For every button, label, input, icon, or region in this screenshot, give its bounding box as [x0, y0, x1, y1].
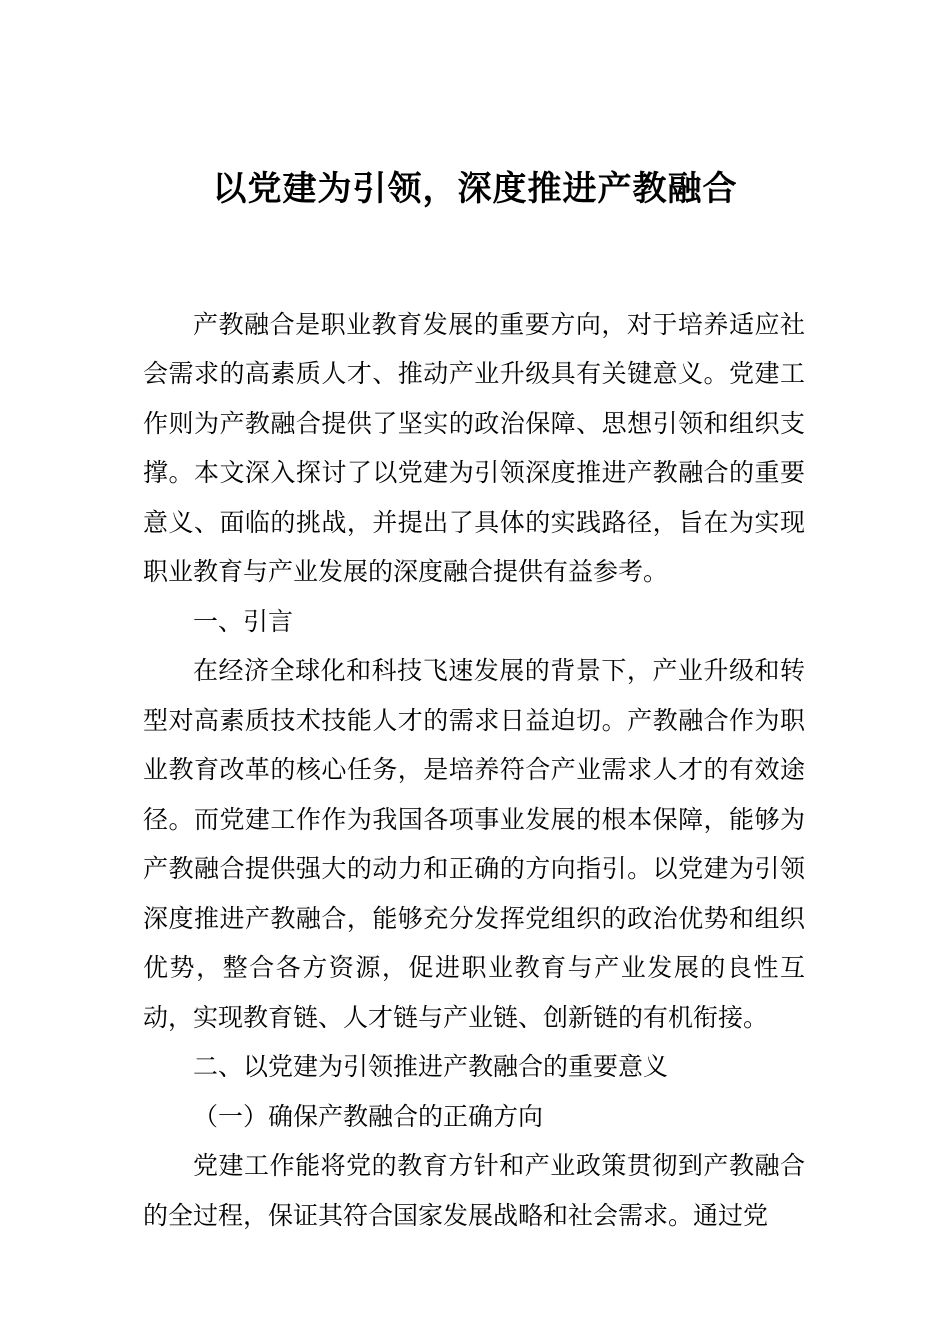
heading-section-1-introduction: 一、引言: [143, 598, 805, 648]
paragraph-correct-direction: 党建工作能将党的教育方针和产业政策贯彻到产教融合的全过程，保证其符合国家发展战略…: [143, 1142, 805, 1241]
paragraph-abstract: 产教融合是职业教育发展的重要方向，对于培养适应社会需求的高素质人才、推动产业升级…: [143, 301, 805, 598]
heading-subsection-2-1-correct-direction: （一）确保产教融合的正确方向: [143, 1093, 805, 1143]
document-body: 产教融合是职业教育发展的重要方向，对于培养适应社会需求的高素质人才、推动产业升级…: [143, 301, 805, 1242]
heading-section-2-significance: 二、以党建为引领推进产教融合的重要意义: [143, 1043, 805, 1093]
paragraph-introduction: 在经济全球化和科技飞速发展的背景下，产业升级和转型对高素质技术技能人才的需求日益…: [143, 647, 805, 1043]
document-title: 以党建为引领，深度推进产教融合: [0, 23, 950, 215]
document-page: 以党建为引领，深度推进产教融合 产教融合是职业教育发展的重要方向，对于培养适应社…: [0, 0, 950, 1344]
